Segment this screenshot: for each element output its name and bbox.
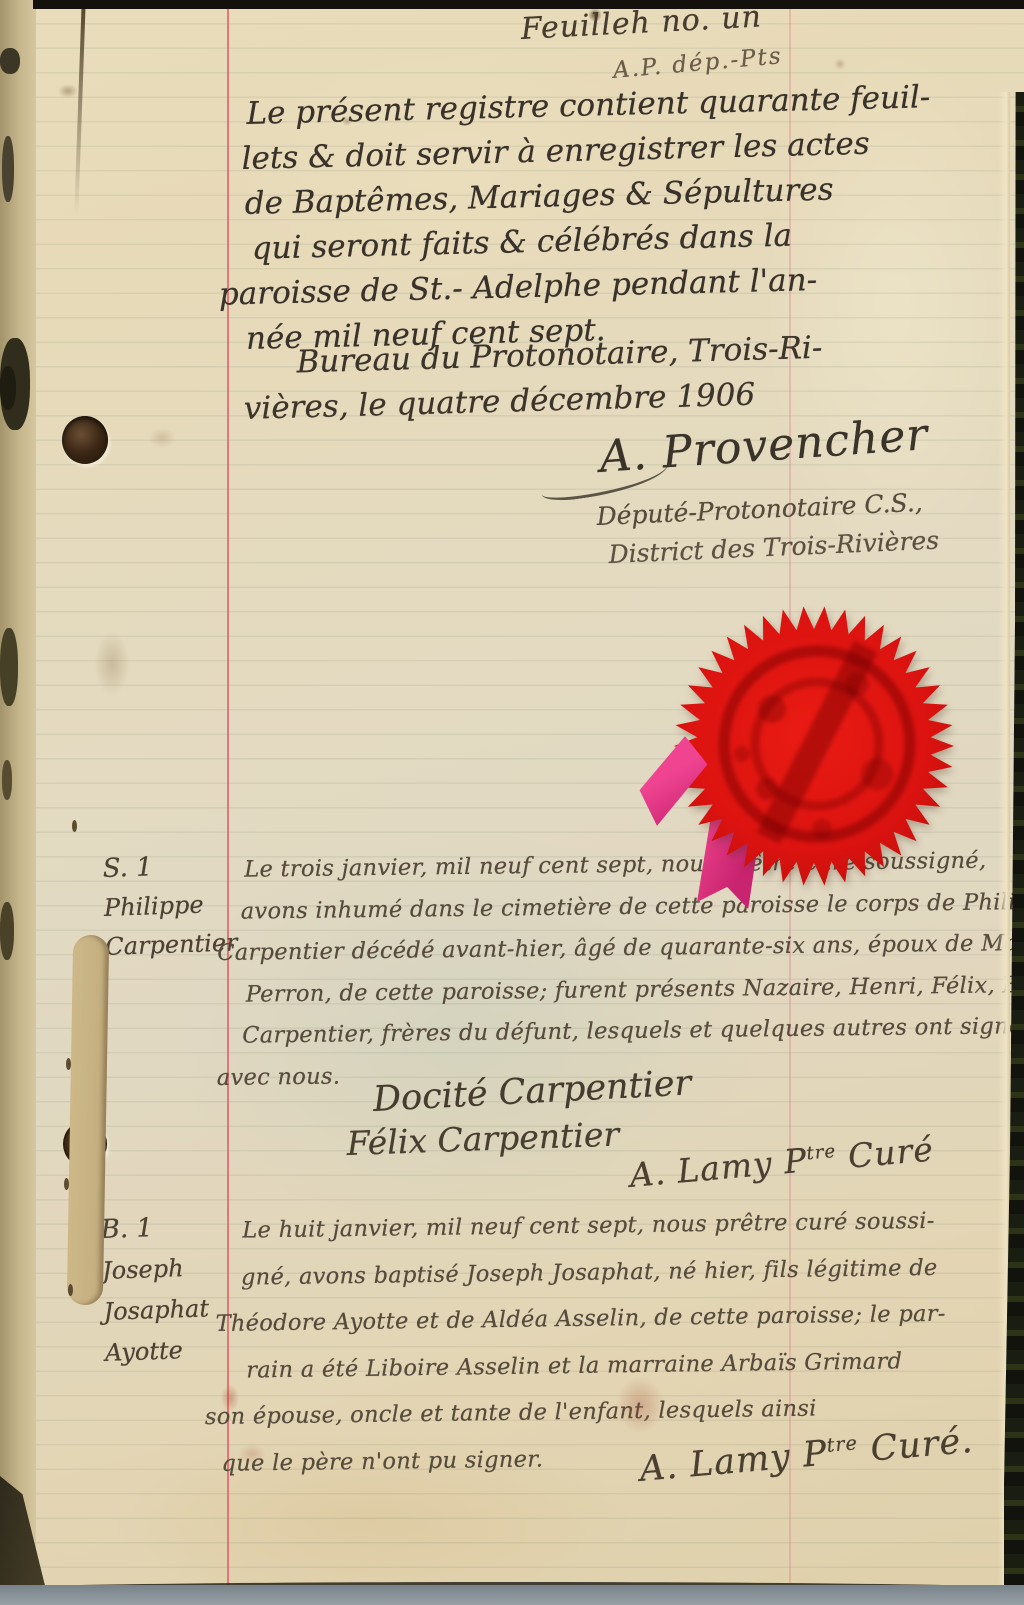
foxing-stain <box>58 84 78 98</box>
edge-nick <box>66 1058 71 1070</box>
book-binding-edge <box>0 0 36 1605</box>
register-page-scan: Feuilleh no. un A.P. dép.-Pts Le présent… <box>0 0 1024 1605</box>
scan-background-top <box>33 0 1024 9</box>
red-seal-icon <box>672 604 956 888</box>
protonotary-office-lines: Bureau du Protonotaire, Trois-Ri- vières… <box>240 326 824 432</box>
foxing-stain <box>94 632 130 696</box>
punched-hole <box>62 416 108 464</box>
register-preamble: Le présent registre contient quarante fe… <box>240 75 936 362</box>
notarial-seal <box>664 596 964 896</box>
binding-wear-mark <box>0 902 14 960</box>
protonotary-district-line: District des Trois-Rivières <box>608 526 940 569</box>
edge-nick <box>72 820 77 832</box>
entry2-code: B. 1 <box>100 1206 207 1251</box>
clerk-initials-note: A.P. dép.-Pts <box>612 43 784 84</box>
edge-nick <box>64 1178 69 1190</box>
witness-signature: Félix Carpentier <box>346 1114 620 1162</box>
entry2-name-line: Josaphat <box>103 1288 210 1333</box>
priest-name: A. Lamy <box>628 1144 774 1195</box>
entry2-name-line: Joseph <box>101 1247 208 1292</box>
binding-wear-mark <box>2 760 12 800</box>
priest-title: Ptre Curé <box>782 1129 935 1181</box>
binding-wear-mark <box>0 628 18 706</box>
foxing-stain <box>148 428 176 448</box>
protonotary-title-line: Député-Protonotaire C.S., <box>596 488 923 531</box>
binding-wear-mark <box>0 48 20 74</box>
paper-sheet: Feuilleh no. un A.P. dép.-Pts Le présent… <box>0 0 1024 1605</box>
foxing-stain <box>834 58 846 70</box>
entry2-margin-label: B. 1 Joseph Josaphat Ayotte <box>100 1206 211 1374</box>
torn-binding-streak <box>67 935 109 1306</box>
priest-signature: A. Lamy Ptre Curé <box>628 1129 935 1194</box>
scan-background-bottom <box>0 1585 1024 1605</box>
entry2-line: rain a été Liboire Asselin et la marrain… <box>246 1337 947 1393</box>
binding-wear-mark <box>0 366 16 410</box>
binding-wear-mark <box>2 136 14 202</box>
entry2-name-line: Ayotte <box>104 1329 211 1374</box>
edge-nick <box>68 1284 73 1296</box>
